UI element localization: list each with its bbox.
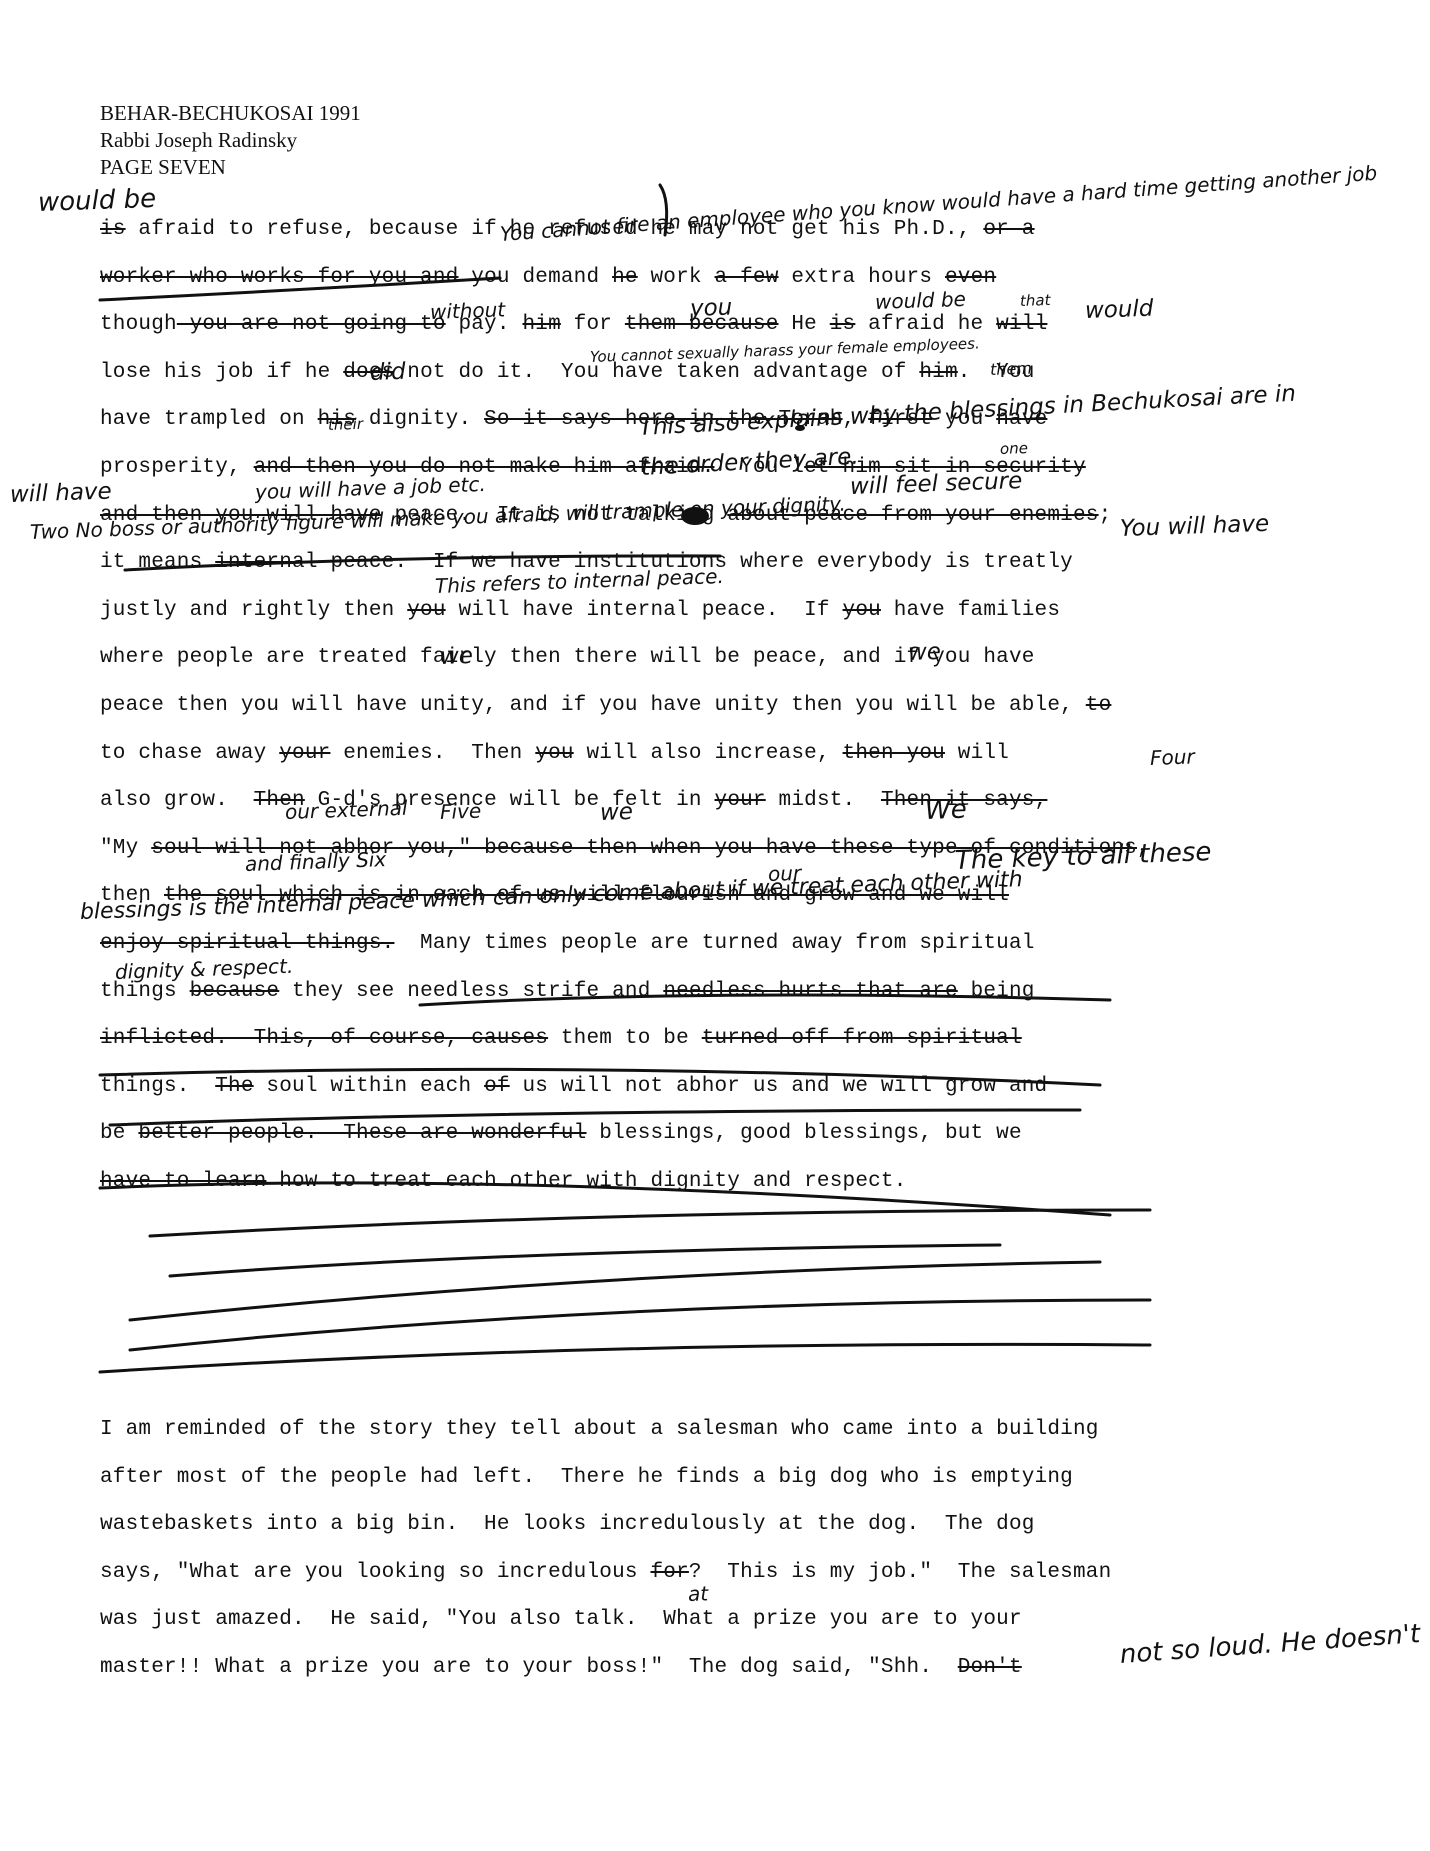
- handwritten-note: them: [990, 359, 1032, 379]
- typed-text: lose his job if he: [100, 361, 343, 384]
- handwritten-note: one: [1000, 439, 1029, 458]
- typed-text: where people are treated fairly then the…: [100, 646, 1035, 669]
- typed-line: enjoy spiritual things. Many times peopl…: [100, 932, 1035, 955]
- struck-text: for: [651, 1561, 689, 1584]
- struck-text: internal: [215, 551, 317, 574]
- struck-text: because: [190, 980, 280, 1003]
- handwritten-note: would: [1085, 296, 1154, 324]
- handwritten-note: will have: [10, 478, 113, 508]
- typed-text: you demand: [458, 266, 612, 289]
- struck-text: is: [830, 313, 856, 336]
- struck-text: better people. These are wonderful: [138, 1122, 586, 1145]
- typed-text: it means: [100, 551, 215, 574]
- typed-text: work: [638, 266, 715, 289]
- typed-text: midst.: [766, 789, 881, 812]
- typed-line: to chase away your enemies. Then you wil…: [100, 742, 1009, 765]
- struck-text: him: [522, 313, 560, 336]
- typed-text: enemies. Then: [330, 742, 535, 765]
- typed-text: things: [100, 980, 190, 1003]
- typed-line: I am reminded of the story they tell abo…: [100, 1418, 1099, 1441]
- handwritten-note: we: [440, 643, 474, 670]
- handwritten-note: not so loud. He doesn't: [1119, 1619, 1421, 1670]
- handwritten-note: their: [328, 415, 364, 434]
- typed-text: wastebaskets into a big bin. He looks in…: [100, 1513, 1035, 1536]
- typed-text: be: [100, 1122, 138, 1145]
- handwritten-note: we: [908, 639, 942, 666]
- struck-text: you: [407, 599, 445, 622]
- page-label: PAGE SEVEN: [100, 154, 361, 181]
- struck-text: you: [843, 599, 881, 622]
- handwritten-note: You will have: [1120, 511, 1270, 542]
- typed-text: says, "What are you looking so incredulo…: [100, 1561, 651, 1584]
- struck-text: needless hurts that are: [663, 980, 957, 1003]
- handwritten-note: our external: [285, 796, 408, 824]
- typed-line: says, "What are you looking so incredulo…: [100, 1561, 1111, 1584]
- typed-text: blessings, good blessings, but we: [586, 1122, 1021, 1145]
- typed-text: extra hours: [779, 266, 945, 289]
- handwritten-note: Two No boss or authority figure will mak…: [30, 492, 847, 544]
- typed-text: peace then you will have unity, and if y…: [100, 694, 1086, 717]
- typed-line: things. The soul within each of us will …: [100, 1075, 1047, 1098]
- typed-line: was just amazed. He said, "You also talk…: [100, 1608, 1022, 1631]
- typed-text: will have internal peace. If: [446, 599, 843, 622]
- handwritten-note: will feel secure: [850, 468, 1023, 500]
- handwritten-note: Five: [440, 799, 482, 824]
- typed-text: will: [945, 742, 1009, 765]
- handwritten-note: at: [688, 1581, 709, 1606]
- typed-line: peace then you will have unity, and if y…: [100, 694, 1111, 717]
- struck-text: is: [100, 218, 126, 241]
- struck-text: then you: [843, 742, 945, 765]
- struck-text: your: [279, 742, 330, 765]
- struck-text: Don't: [958, 1656, 1022, 1679]
- typed-line: wastebaskets into a big bin. He looks in…: [100, 1513, 1035, 1536]
- typed-text: soul within each: [254, 1075, 484, 1098]
- handwritten-note: would be: [875, 287, 967, 314]
- typed-line: worker who works for you and you demand …: [100, 266, 996, 289]
- typed-line: justly and rightly then you will have in…: [100, 599, 1060, 622]
- struck-text: The: [215, 1075, 253, 1098]
- scanned-page: BEHAR-BECHUKOSAI 1991 Rabbi Joseph Radin…: [0, 0, 1430, 1851]
- handwritten-note: We: [924, 795, 967, 826]
- struck-text: him: [919, 361, 957, 384]
- typed-line: after most of the people had left. There…: [100, 1466, 1073, 1489]
- typed-text: how to treat each other with dignity and…: [266, 1170, 906, 1193]
- struck-text: worker who works for you and: [100, 266, 458, 289]
- struck-text: even: [945, 266, 996, 289]
- handwritten-note: and finally Six: [245, 847, 387, 876]
- typed-text: ? This is my job." The salesman: [689, 1561, 1111, 1584]
- typed-line: where people are treated fairly then the…: [100, 646, 1035, 669]
- handwritten-note: you: [690, 295, 733, 322]
- typed-text: ;: [1099, 504, 1112, 527]
- typed-text: have families: [881, 599, 1060, 622]
- document-header: BEHAR-BECHUKOSAI 1991 Rabbi Joseph Radin…: [100, 100, 361, 181]
- struck-text: to: [1086, 694, 1112, 717]
- typed-text: after most of the people had left. There…: [100, 1466, 1073, 1489]
- typed-text: have trampled on: [100, 408, 318, 431]
- typed-line: though you are not going to pay. him for…: [100, 313, 1047, 336]
- typed-text: also grow.: [100, 789, 254, 812]
- typed-text: justly and rightly then: [100, 599, 407, 622]
- typed-text: He: [779, 313, 830, 336]
- typed-line: things because they see needless strife …: [100, 980, 1035, 1003]
- handwritten-note: Four: [1150, 744, 1195, 770]
- typed-text: being: [958, 980, 1035, 1003]
- struck-text: your: [715, 789, 766, 812]
- struck-text: a few: [715, 266, 779, 289]
- typed-text: to chase away: [100, 742, 279, 765]
- struck-text: you: [535, 742, 573, 765]
- struck-text: you are not going to: [177, 313, 446, 336]
- typed-text: Many times people are turned away from s…: [394, 932, 1034, 955]
- typed-text: I am reminded of the story they tell abo…: [100, 1418, 1099, 1441]
- handwritten-note: that: [1020, 291, 1051, 310]
- typed-line: inflicted. This, of course, causes them …: [100, 1027, 1022, 1050]
- typed-text: them to be: [548, 1027, 702, 1050]
- struck-text: he: [612, 266, 638, 289]
- struck-text: enjoy spiritual things.: [100, 932, 394, 955]
- struck-text: inflicted. This, of course, causes: [100, 1027, 548, 1050]
- typed-text: "My: [100, 837, 151, 860]
- struck-text: of: [484, 1075, 510, 1098]
- handwritten-note: did: [370, 359, 406, 386]
- typed-text: not do it. You have taken advantage of: [394, 361, 919, 384]
- sermon-title: BEHAR-BECHUKOSAI 1991: [100, 100, 361, 127]
- handwritten-note: blessings is the internal peace which ca…: [80, 867, 1023, 925]
- typed-line: master!! What a prize you are to your bo…: [100, 1656, 1022, 1679]
- struck-text: or a: [983, 218, 1034, 241]
- struck-text: have to learn: [100, 1170, 266, 1193]
- typed-text: us will not abhor us and we will grow an…: [510, 1075, 1048, 1098]
- typed-text: will also increase,: [574, 742, 843, 765]
- typed-text: was just amazed. He said, "You also talk…: [100, 1608, 1022, 1631]
- struck-text: turned off from spiritual: [702, 1027, 1022, 1050]
- typed-text: things.: [100, 1075, 215, 1098]
- struck-text: will: [996, 313, 1047, 336]
- typed-text: dignity.: [356, 408, 484, 431]
- handwritten-note: without: [430, 297, 506, 324]
- typed-line: also grow. Then G-d's presence will be f…: [100, 789, 1047, 812]
- typed-text: though: [100, 313, 177, 336]
- typed-line: be better people. These are wonderful bl…: [100, 1122, 1022, 1145]
- author-name: Rabbi Joseph Radinsky: [100, 127, 361, 154]
- typed-text: for: [561, 313, 625, 336]
- typed-text: they see needless strife and: [279, 980, 663, 1003]
- handwritten-note: we: [600, 799, 634, 826]
- typed-text: master!! What a prize you are to your bo…: [100, 1656, 958, 1679]
- handwritten-note: would be: [37, 184, 156, 218]
- typed-text: afraid he: [855, 313, 996, 336]
- typed-text: prosperity,: [100, 456, 254, 479]
- typed-line: have to learn how to treat each other wi…: [100, 1170, 907, 1193]
- typed-line: lose his job if he does not do it. You h…: [100, 361, 1035, 384]
